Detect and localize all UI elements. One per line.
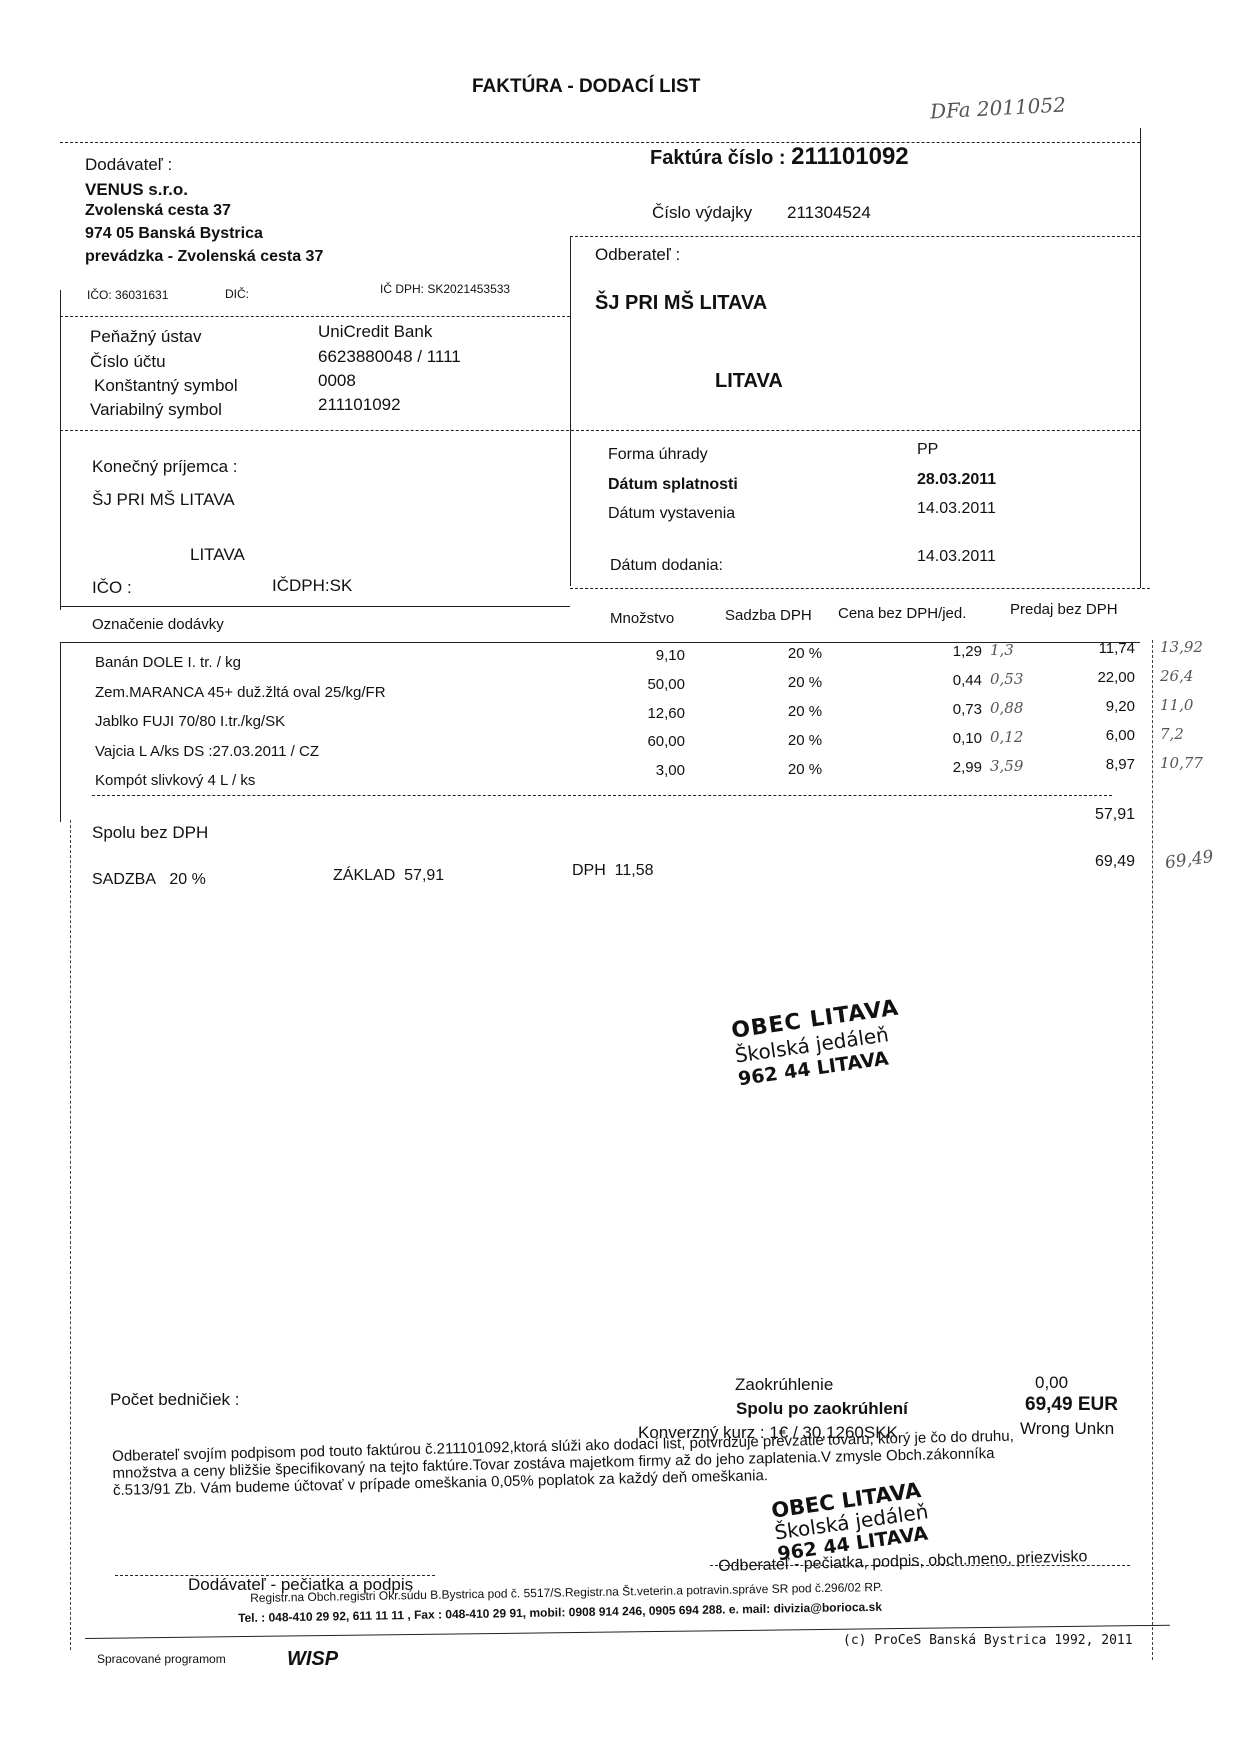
cell-quantity: 9,10 [590, 647, 685, 664]
issue-date-label: Dátum vystavenia [608, 505, 735, 523]
final-recipient-label: Konečný príjemca : [92, 457, 238, 477]
supplier-label: Dodávateľ : [85, 155, 172, 175]
delivery-date: 14.03.2011 [917, 548, 996, 566]
cell-total: 22,00 [1050, 669, 1135, 686]
contact-info: Tel. : 048-410 29 92, 611 11 11 , Fax : … [238, 1600, 882, 1625]
invoice-number: Faktúra číslo : 211101092 [650, 143, 909, 171]
cell-vat-rate: 20 % [775, 674, 835, 691]
divider [60, 290, 61, 610]
customer-city: LITAVA [715, 370, 783, 393]
constant-symbol-label: Konštantný symbol [94, 376, 238, 396]
bank-name: UniCredit Bank [318, 322, 432, 342]
handwritten-unit-note: 0,53 [990, 670, 1035, 688]
handwritten-unit-note: 3,59 [990, 757, 1035, 775]
vat-rate-summary: SADZBA 20 % [92, 871, 206, 889]
customer-name: ŠJ PRI MŠ LITAVA [595, 292, 767, 315]
payment-method-label: Forma úhrady [608, 446, 708, 464]
due-date-label: Dátum splatnosti [608, 476, 738, 494]
cell-description: Jablko FUJI 70/80 I.tr./kg/SK [95, 713, 285, 730]
due-date: 28.03.2011 [917, 471, 996, 489]
supplier-street: Zvolenská cesta 37 [85, 202, 231, 220]
customer-stamp: OBEC LITAVA Školská jedáleň 962 44 LITAV… [730, 996, 907, 1091]
cell-vat-rate: 20 % [775, 761, 835, 778]
header-total: Predaj bez DPH [1010, 601, 1118, 618]
divider [570, 236, 1140, 237]
account-number: 6623880048 / 1111 [318, 347, 461, 367]
cell-unit-price: 0,73 [900, 701, 982, 718]
issue-slip-label: Číslo výdajky [652, 203, 752, 223]
cell-quantity: 12,60 [590, 705, 685, 722]
cell-total: 6,00 [1050, 727, 1135, 744]
supplier-dic: DIČ: [225, 287, 249, 301]
cell-unit-price: 2,99 [900, 759, 982, 776]
supplier-ico: IČO: 36031631 [87, 288, 168, 302]
crates-label: Počet bedničiek : [110, 1390, 239, 1410]
rounding-value: 0,00 [1035, 1373, 1068, 1393]
tax-base: ZÁKLAD 57,91 [333, 867, 444, 885]
divider [70, 820, 71, 1650]
header-vat-rate: Sadzba DPH [725, 607, 812, 624]
divider [1152, 640, 1153, 1660]
cell-total: 9,20 [1050, 698, 1135, 715]
final-recipient-icdph: IČDPH:SK [272, 576, 352, 596]
supplier-icdph: IČ DPH: SK2021453533 [380, 282, 510, 296]
vat-amount: DPH 11,58 [572, 862, 654, 880]
cell-unit-price: 0,44 [900, 672, 982, 689]
handwritten-reference: DFa 2011052 [929, 92, 1066, 123]
header-description: Označenie dodávky [92, 616, 224, 633]
header-unit-price: Cena bez DPH/jed. [838, 605, 966, 622]
delivery-date-label: Dátum dodania: [610, 557, 723, 575]
grand-total: 69,49 EUR [1025, 1394, 1118, 1416]
divider [60, 430, 1140, 431]
cell-description: Banán DOLE I. tr. / kg [95, 654, 241, 671]
cell-quantity: 3,00 [590, 762, 685, 779]
cell-description: Vajcia L A/ks DS :27.03.2011 / CZ [95, 743, 319, 760]
divider [570, 236, 571, 586]
cell-unit-price: 1,29 [900, 643, 982, 660]
handwritten-row-note: 13,92 [1160, 638, 1220, 656]
cell-quantity: 50,00 [590, 676, 685, 693]
subtotal-value: 57,91 [1050, 806, 1135, 824]
divider [1140, 128, 1141, 588]
customer-label: Odberateľ : [595, 245, 680, 265]
copyright: (c) ProCeS Banská Bystrica 1992, 2011 [843, 1633, 1133, 1648]
account-label: Číslo účtu [90, 352, 166, 372]
divider [60, 642, 61, 822]
final-recipient-name: ŠJ PRI MŠ LITAVA [92, 490, 235, 510]
program-name: WISP [287, 1648, 338, 1671]
customer-signature-label: Odberateľ - pečiatka, podpis, obch.meno,… [718, 1548, 1088, 1576]
cell-vat-rate: 20 % [775, 703, 835, 720]
issue-date: 14.03.2011 [917, 500, 996, 518]
cell-vat-rate: 20 % [775, 645, 835, 662]
cell-unit-price: 0,10 [900, 730, 982, 747]
constant-symbol: 0008 [318, 371, 356, 391]
handwritten-row-note: 11,0 [1160, 696, 1220, 714]
variable-symbol: 211101092 [318, 395, 401, 415]
issue-slip-number: 211304524 [787, 203, 871, 223]
divider [60, 316, 570, 317]
cell-total: 8,97 [1050, 756, 1135, 773]
cell-description: Kompót slivkový 4 L / ks [95, 772, 255, 789]
divider [92, 795, 1112, 796]
grand-total-label: Spolu po zaokrúhlení [736, 1399, 908, 1419]
subtotal-label: Spolu bez DPH [92, 823, 208, 843]
final-recipient-ico: IČO : [92, 578, 132, 598]
handwritten-row-note: 26,4 [1160, 667, 1220, 685]
processed-by-label: Spracované programom [97, 1652, 226, 1666]
cell-quantity: 60,00 [590, 733, 685, 750]
supplier-city: 974 05 Banská Bystrica [85, 225, 263, 243]
document-title: FAKTÚRA - DODACÍ LIST [472, 76, 700, 98]
conversion-value: Wrong Unkn [1020, 1419, 1114, 1439]
rounding-label: Zaokrúhlenie [735, 1375, 833, 1395]
payment-method: PP [917, 441, 938, 459]
cell-description: Zem.MARANCA 45+ duž.žltá oval 25/kg/FR [95, 684, 386, 701]
variable-symbol-label: Variabilný symbol [90, 400, 222, 420]
cell-total: 11,74 [1050, 640, 1135, 657]
handwritten-row-note: 10,77 [1160, 754, 1220, 772]
total-with-vat: 69,49 [1050, 853, 1135, 871]
handwritten-unit-note: 0,12 [990, 728, 1035, 746]
final-recipient-city: LITAVA [190, 545, 245, 565]
handwritten-row-note: 7,2 [1160, 725, 1220, 743]
divider [570, 588, 1150, 589]
cell-vat-rate: 20 % [775, 732, 835, 749]
header-quantity: Množstvo [610, 610, 674, 627]
supplier-branch: prevádzka - Zvolenská cesta 37 [85, 248, 323, 266]
divider [60, 142, 1140, 143]
supplier-name: VENUS s.r.o. [85, 180, 188, 200]
handwritten-unit-note: 1,3 [990, 641, 1035, 659]
handwritten-total-note: 69,49 [1164, 847, 1215, 874]
handwritten-unit-note: 0,88 [990, 699, 1035, 717]
divider [60, 606, 570, 607]
bank-label: Peňažný ústav [90, 327, 202, 347]
